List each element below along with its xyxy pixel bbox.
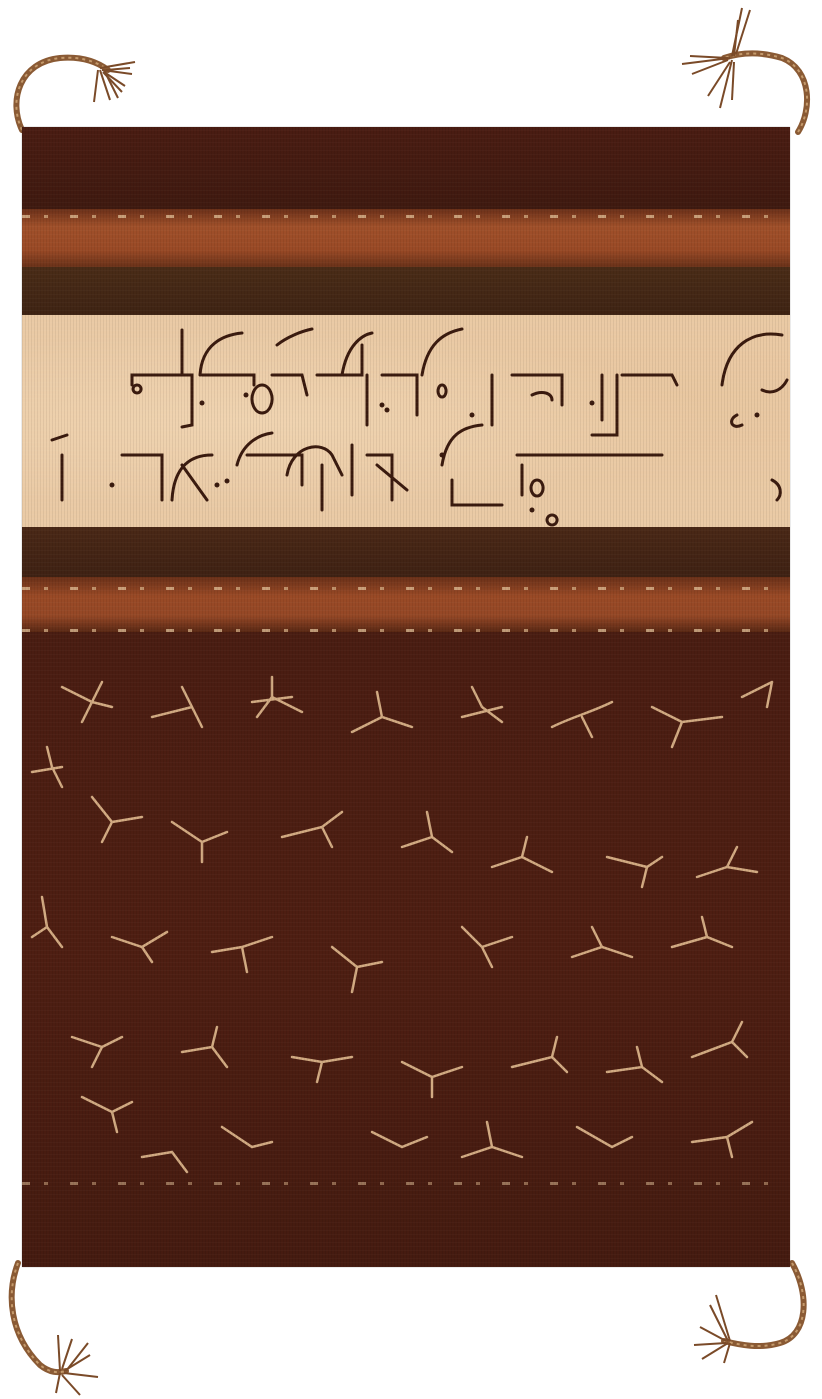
stitch-line: [22, 215, 790, 218]
tassel-top-left: [0, 40, 150, 140]
band-top-dark: [22, 127, 790, 209]
band-olive-top: [22, 267, 790, 315]
tassel-bottom-right: [680, 1255, 822, 1365]
band-rust-bottom: [22, 577, 790, 632]
bird-track-motifs: [22, 637, 790, 1197]
stitch-line: [22, 587, 790, 590]
calligraphy-script: [22, 315, 790, 527]
tassel-bottom-left: [0, 1255, 140, 1399]
tassel-top-right: [672, 0, 822, 140]
band-olive-bottom: [22, 527, 790, 577]
calligraphy-panel: [22, 315, 790, 527]
textile: [22, 127, 790, 1267]
